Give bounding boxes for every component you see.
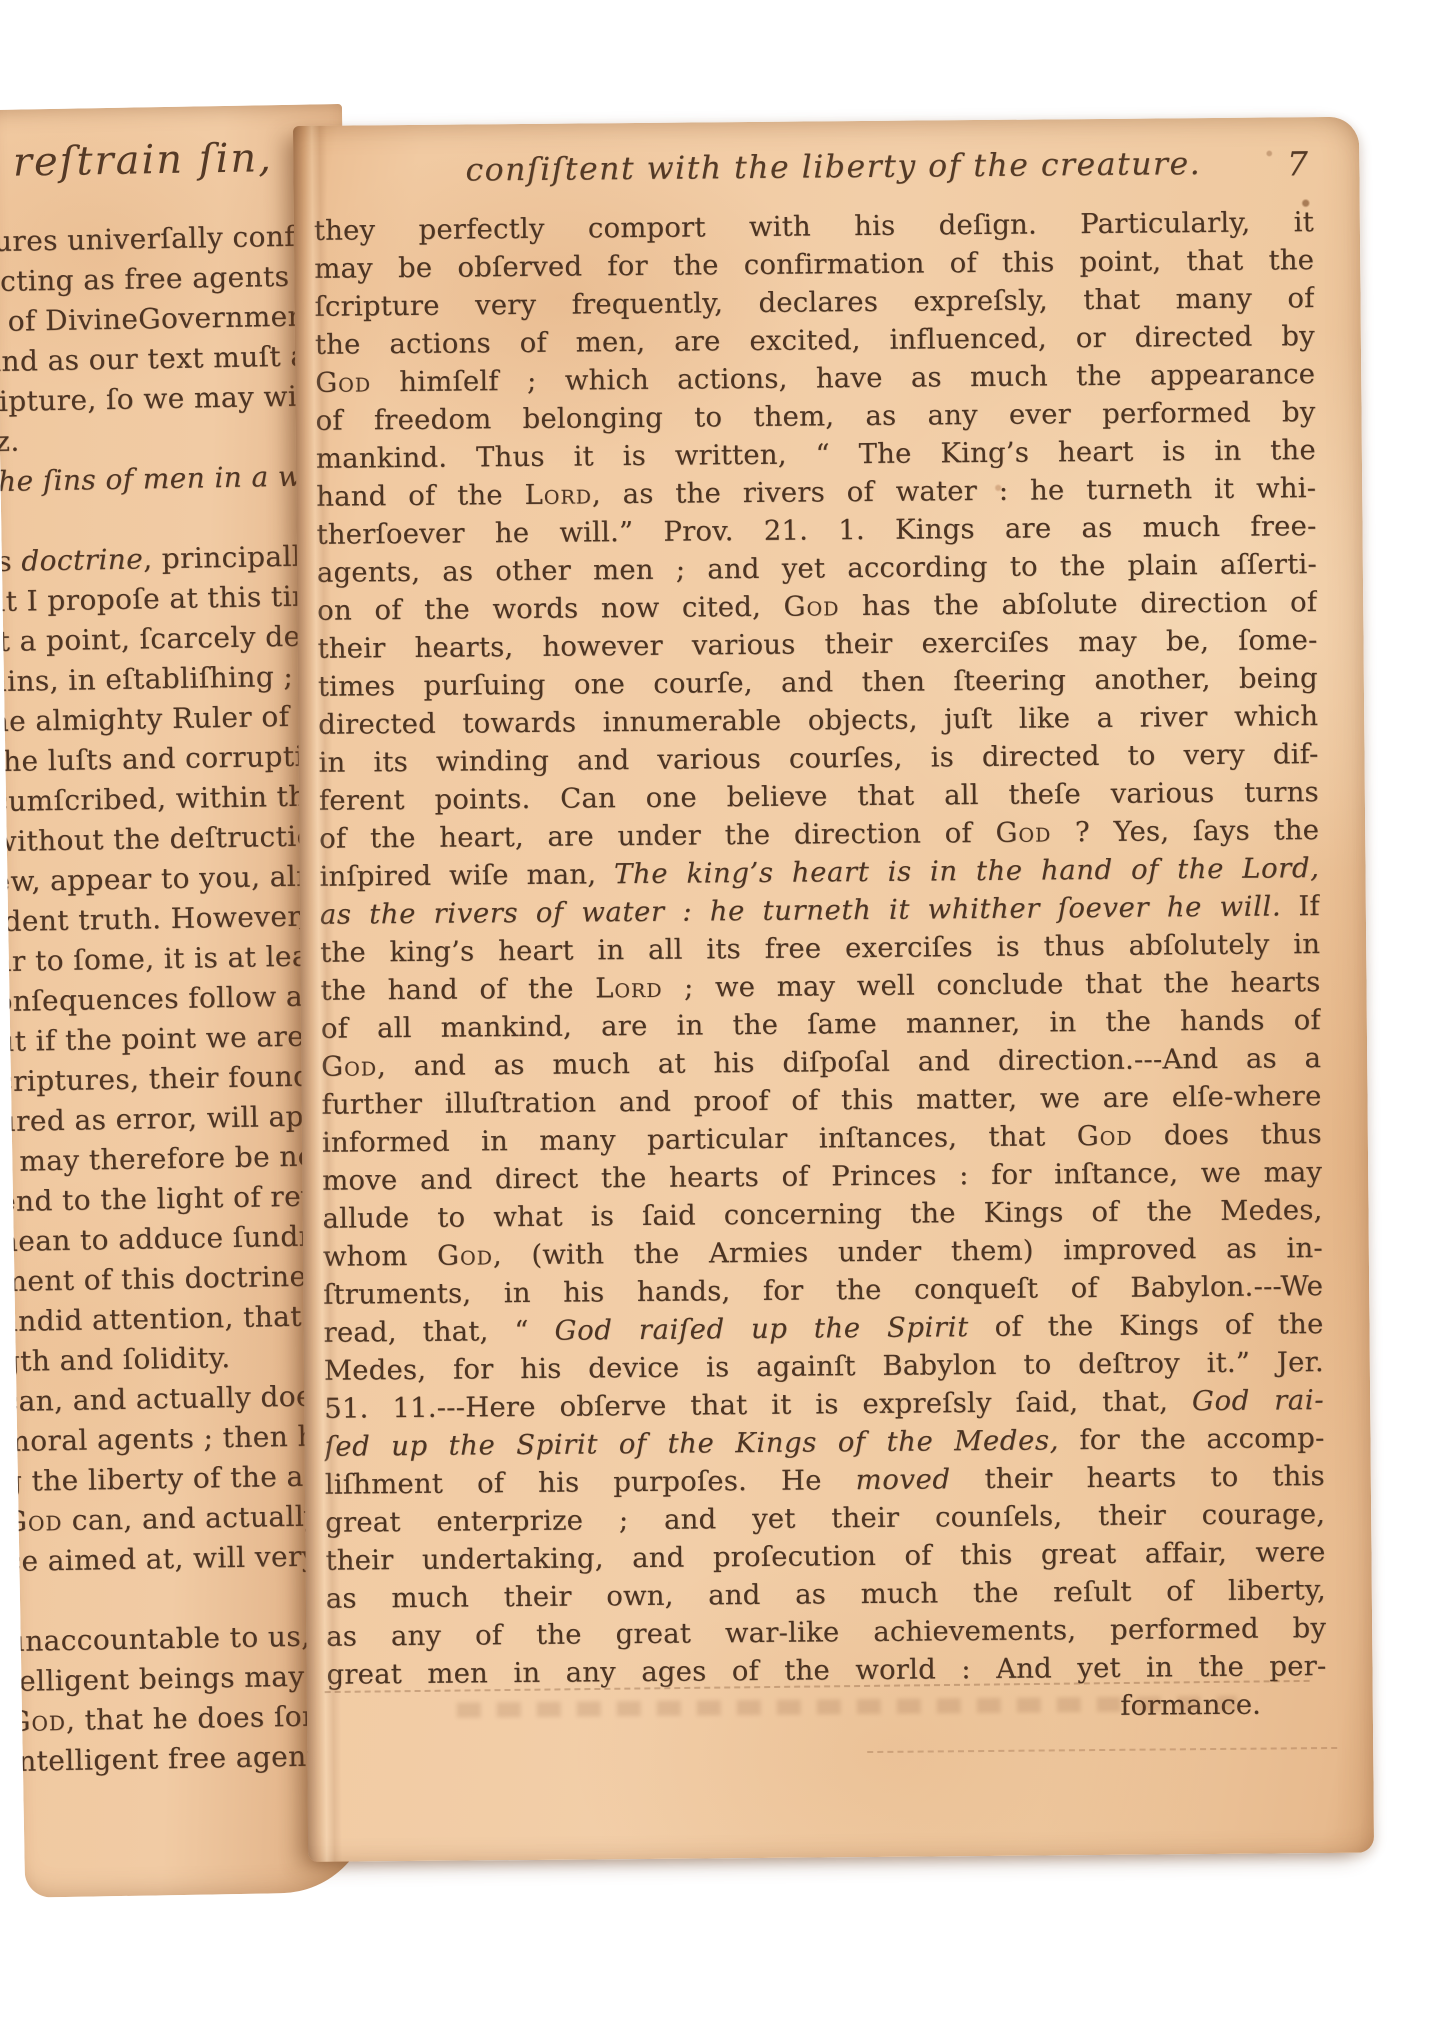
text-segment: inſpired wiſe man, (319, 858, 614, 893)
text-segment: at I propoſe at this time. (0, 579, 345, 618)
text-segment: God raiſed up the Spirit (554, 1311, 968, 1347)
text-segment: Lord (524, 478, 592, 511)
text-segment: of all mankind, are in the ſame manner, … (321, 1004, 1321, 1045)
page-number: 7 (1287, 142, 1310, 186)
text-segment: ferent points. Can one believe that all … (319, 776, 1319, 817)
text-segment: God (4, 1504, 62, 1538)
text-segment: is (0, 545, 22, 579)
show-through-dash (867, 1747, 1337, 1753)
text-segment: 51. 11.---Here obſerve that it is expreſ… (324, 1385, 1192, 1425)
text-segment: on of the words now cited, (317, 591, 784, 627)
text-segment: their hearts, however various their exer… (317, 624, 1317, 665)
text-segment: for the accomp- (1059, 1422, 1325, 1456)
text-segment: moved (855, 1463, 950, 1496)
text-segment: great enterprize ; and yet their counſel… (325, 1498, 1325, 1539)
text-segment: their hearts to this (950, 1460, 1324, 1495)
right-running-head: conſiſtent with the liberty of the creat… (353, 141, 1313, 193)
text-segment: as the rivers of water : he turneth it w… (320, 890, 1282, 930)
text-segment: does thus (1132, 1118, 1322, 1152)
text-segment: the king’s heart in all its free exerciſ… (320, 928, 1320, 969)
text-segment: God (437, 1239, 493, 1271)
text-segment: therſoever he will.” Prov. 21. 1. Kings … (316, 510, 1316, 551)
text-segment: , and as much at his diſpoſal and direct… (377, 1042, 1321, 1082)
text-segment: in its winding and various courſes, is d… (318, 738, 1318, 779)
text-segment: as much their own, and as much the reſul… (326, 1574, 1326, 1615)
book-photo: reſtrain ſin, tures univerſally confider… (0, 0, 1445, 2023)
text-segment: God (8, 1704, 66, 1738)
text-segment: agents, as other men ; and yet according… (317, 548, 1317, 589)
text-segment: read, that, “ (323, 1315, 554, 1349)
text-segment: ſed up the Spirit of the Kings of the Me… (324, 1424, 1059, 1462)
catchword-text: formance. (1120, 1689, 1261, 1722)
text-segment: of the heart, are under the direction of (319, 817, 996, 855)
text-segment: If (1281, 890, 1320, 922)
text-segment: hand of the (316, 479, 525, 513)
running-head-text: conſiſtent with the liberty of the creat… (465, 146, 1201, 188)
text-segment: ? Yes, ſays the (1051, 814, 1319, 848)
right-page: conſiſtent with the liberty of the creat… (293, 117, 1374, 1862)
text-segment: of freedom belonging to them, as any eve… (315, 396, 1315, 437)
text-segment: God rai- (1192, 1384, 1324, 1417)
text-segment: has the abſolute direction of (839, 586, 1317, 622)
text-segment: ſtruments, in his hands, for the conqueſ… (323, 1270, 1323, 1311)
text-segment: whom (323, 1240, 438, 1273)
right-page-text: they perfectly comport with his deſign. … (314, 203, 1327, 1694)
text-segment: the hand of the (320, 972, 595, 1006)
text-segment: may be obſerved for the confirmation of … (314, 244, 1314, 285)
text-segment: gth and ſolidity. (2, 1341, 231, 1378)
text-segment: God (783, 590, 839, 622)
text-segment: liſhment of his purpoſes. He (325, 1464, 856, 1501)
text-segment: ; we may well conclude that the hearts (662, 966, 1320, 1004)
text-segment: as any of the great war-like achievement… (326, 1612, 1326, 1653)
text-segment: Lord (595, 972, 663, 1005)
text-segment: himſelf ; which actions, have as much th… (371, 358, 1315, 398)
text-segment: the actions of men, are excited, influen… (315, 320, 1315, 361)
text-segment: , (with the Armies under them) improved … (493, 1232, 1323, 1271)
text-segment: doctrine (21, 542, 143, 577)
text-segment: , as the rivers of water : he turneth it… (592, 472, 1317, 510)
text-segment: allude to what is ſaid concerning the Ki… (322, 1194, 1322, 1235)
text-segment: directed towards innumerable objects, ju… (318, 700, 1318, 741)
text-segment: further illuſtration and proof of this m… (321, 1080, 1321, 1121)
text-segment: of the Kings of the (969, 1308, 1324, 1343)
text-segment: The king’s heart is in the hand of the L… (614, 852, 1320, 890)
text-segment: ſcripture very frequently, declares expr… (314, 282, 1314, 323)
text-segment: informed in many particular inſtances, t… (322, 1120, 1077, 1159)
text-segment: their undertaking, and proſecution of th… (325, 1536, 1325, 1577)
text-segment: they perfectly comport with his deſign. … (314, 206, 1314, 247)
text-segment: move and direct the hearts of Princes : … (322, 1156, 1322, 1197)
text-segment: Medes, for his device is againſt Babylon… (324, 1346, 1324, 1387)
text-segment: mankind. Thus it is written, “ The King’… (316, 434, 1316, 475)
text-segment: God (1077, 1120, 1133, 1152)
text-segment: God (995, 816, 1051, 848)
text-segment: iz. (0, 425, 20, 459)
text-segment: great men in any ages of the world : And… (326, 1650, 1326, 1691)
text-segment: times purſuing one courſe, and then ſtee… (318, 662, 1318, 703)
